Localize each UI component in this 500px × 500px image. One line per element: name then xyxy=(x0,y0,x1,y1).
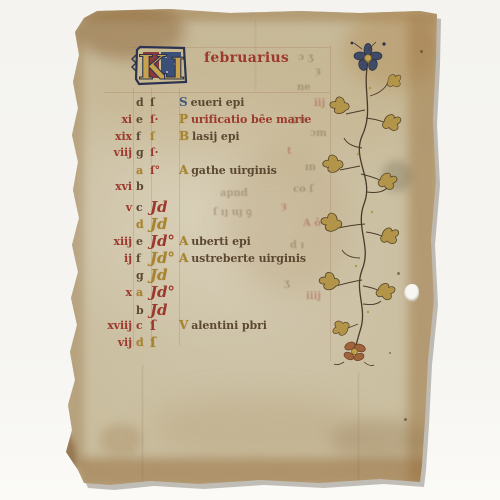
feast-initial: A xyxy=(179,163,188,177)
feast-initial: P xyxy=(179,112,188,126)
crease xyxy=(358,372,359,482)
calendar-row: vijdſ xyxy=(101,334,182,351)
golden-number: xiij xyxy=(101,235,136,248)
calendar-row: viijgſ· xyxy=(101,146,182,163)
calendar-row: xiijeJd°Auberti epi xyxy=(101,231,251,248)
stain xyxy=(80,6,440,22)
golden-number: viij xyxy=(101,146,136,159)
nones-ides-mark: ſ° xyxy=(150,164,179,177)
nones-ides-mark: ſ xyxy=(150,318,179,334)
vine-stem xyxy=(354,62,368,352)
nones-ides-mark: ſ· xyxy=(150,146,179,159)
show-through-text: d ı xyxy=(290,240,304,251)
blue-flower-icon xyxy=(351,42,386,72)
golden-number: vij xyxy=(101,336,136,349)
dominical-letter: c xyxy=(136,201,150,214)
golden-number: xvi xyxy=(101,180,136,193)
dominical-letter: e xyxy=(136,113,150,126)
show-through-text: ɔ ʒ xyxy=(298,52,313,63)
gold-dots xyxy=(355,87,373,313)
dominical-letter: d xyxy=(136,218,150,231)
stain xyxy=(330,420,430,460)
crease xyxy=(142,365,143,483)
calendar-row: xixfſBlasij epi xyxy=(101,129,240,146)
show-through-text: co ſ xyxy=(293,184,314,195)
month-title: februarius xyxy=(204,50,289,66)
show-through-text: ȝ xyxy=(281,201,287,212)
feast-name: eueri epi xyxy=(191,96,245,109)
calendar-row: aſ°Agathe uirginis xyxy=(101,163,277,180)
dominical-letter: a xyxy=(136,164,150,177)
show-through-text: ʒ xyxy=(284,278,290,289)
nones-ides-mark: ſ· xyxy=(150,113,179,126)
stain xyxy=(100,424,142,456)
calendar-row: xieſ·Purificatio bēe marie xyxy=(101,112,311,129)
feast-name: alentini pbri xyxy=(191,319,267,332)
kl-letter-l-mirrored: L xyxy=(164,52,185,87)
dominical-letter: c xyxy=(136,319,150,332)
feast-initial: A xyxy=(179,251,188,265)
golden-number: xix xyxy=(101,130,136,143)
vine-border xyxy=(318,36,418,371)
feast-initial: B xyxy=(179,129,189,143)
show-through-text: ın xyxy=(305,162,316,173)
stain xyxy=(150,395,360,460)
dominical-letter: b xyxy=(136,180,150,193)
dominical-letter: f xyxy=(136,130,150,143)
feast-initial: S xyxy=(179,95,188,109)
calendar-row: xvib xyxy=(101,180,182,197)
dominical-letter: g xyxy=(136,146,150,159)
calendar-row: bJd xyxy=(101,300,182,317)
show-through-text: ʒ o xyxy=(290,114,306,125)
golden-number: xviij xyxy=(101,319,136,332)
calendar-row: dſSeueri epi xyxy=(101,95,244,112)
dominical-letter: b xyxy=(136,304,150,317)
feast-name: gathe uirginis xyxy=(191,164,277,177)
feast-name: lasij epi xyxy=(192,130,239,143)
feast-initial: V xyxy=(179,318,188,332)
parchment-hole xyxy=(404,284,419,302)
dominical-letter: g xyxy=(136,269,150,282)
show-through-text: t xyxy=(287,146,292,157)
nones-ides-mark: ſ xyxy=(150,130,179,143)
feast-name: uberti epi xyxy=(191,235,250,248)
rust-flower-icon xyxy=(334,340,374,365)
nones-ides-mark: ſ xyxy=(150,335,179,351)
dominical-letter: d xyxy=(136,336,150,349)
golden-number: ij xyxy=(101,252,136,265)
calendar-row: xaJd° xyxy=(101,282,182,299)
photo-canvas: K L februarius dſSeueri epi xieſ·Purific… xyxy=(0,0,500,500)
nones-ides-mark: Jd° xyxy=(150,283,179,301)
show-through-text: ne xyxy=(297,82,311,93)
calendar-row: dJd xyxy=(101,214,182,231)
dominical-letter: e xyxy=(136,235,150,248)
speck xyxy=(420,50,423,53)
dominical-letter: a xyxy=(136,286,150,299)
feast-initial: A xyxy=(179,234,188,248)
calendar-row: xviijcſValentini pbri xyxy=(101,317,267,334)
dominical-letter: f xyxy=(136,252,150,265)
dominical-letter: d xyxy=(136,96,150,109)
stain xyxy=(58,436,76,480)
feast-name: ustreberte uirginis xyxy=(191,252,306,265)
golden-number: x xyxy=(101,286,136,299)
nones-ides-mark: ſ xyxy=(150,96,179,109)
calendar-row: ijfJd°Austreberte uirginis xyxy=(101,248,306,265)
calendar-row: vcJd xyxy=(101,197,182,214)
calendar-row: gJd xyxy=(101,265,182,282)
speck xyxy=(404,418,407,421)
show-through-text: ſ ıȷ uȷ ꝯ xyxy=(213,204,252,218)
stain xyxy=(64,25,84,470)
show-through-text: apnd xyxy=(220,188,248,199)
golden-number: xi xyxy=(101,113,136,126)
golden-number: v xyxy=(101,201,136,214)
kl-monogram: K L xyxy=(130,43,190,87)
